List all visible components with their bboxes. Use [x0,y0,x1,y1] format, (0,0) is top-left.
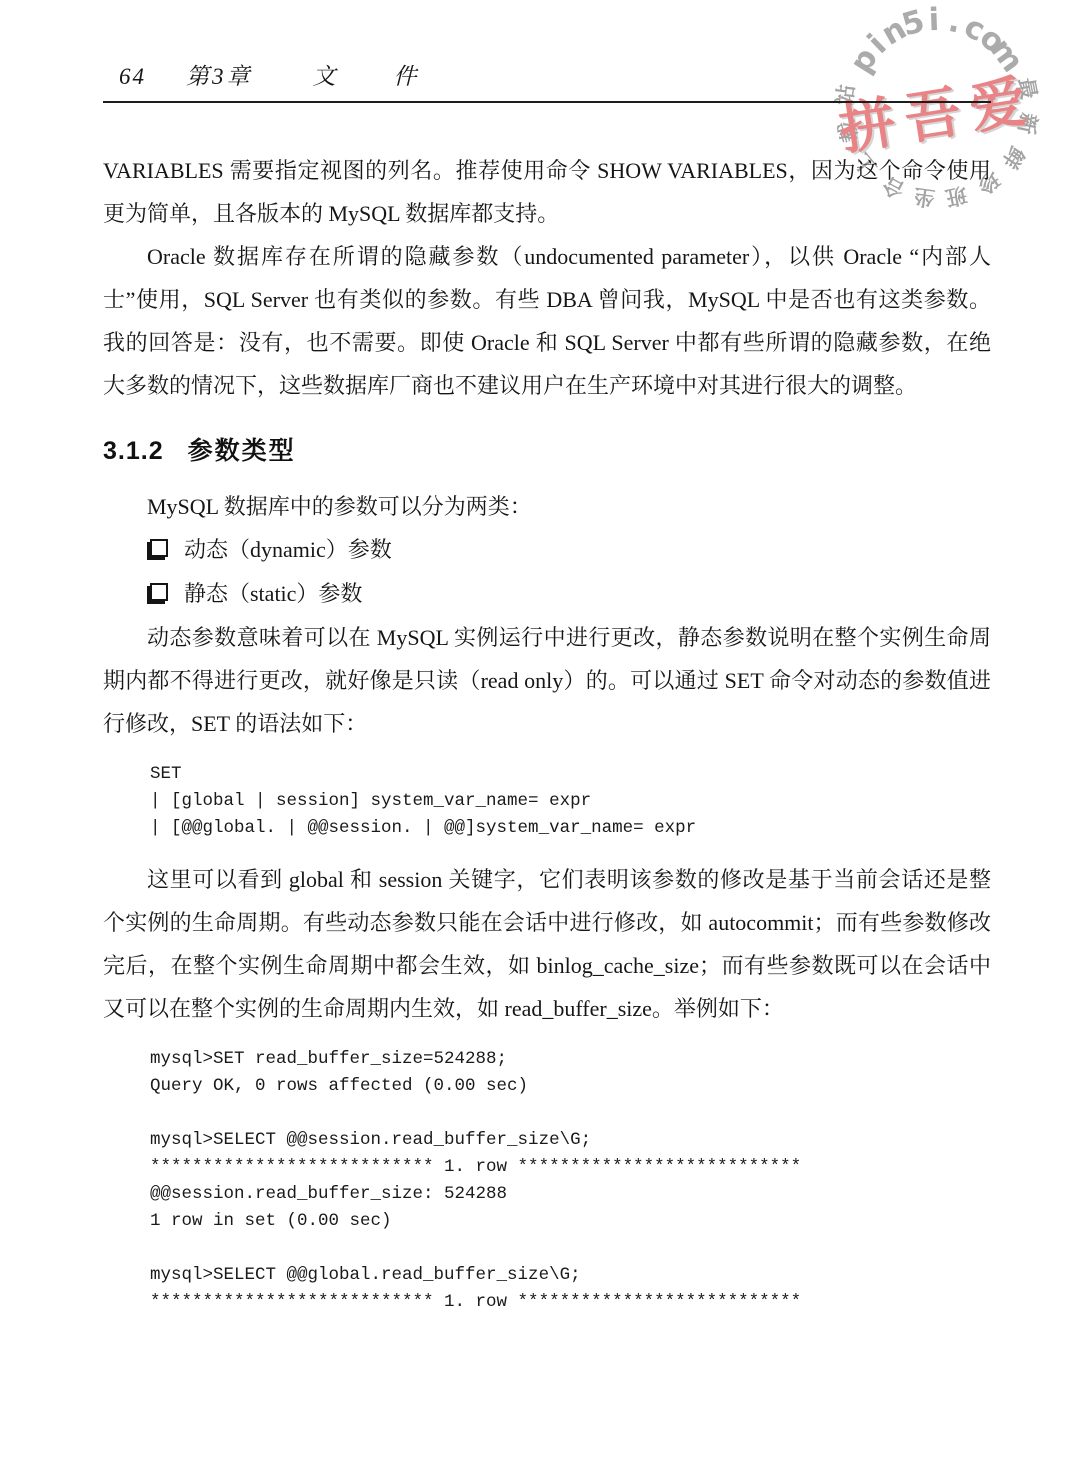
watermark-glyph: 鲜 [996,141,1033,175]
paragraph-global-session: 这里可以看到 global 和 session 关键字，它们表明该参数的修改是基… [103,858,991,1030]
paragraph-oracle-hidden-params: Oracle 数据库存在所谓的隐藏参数（undocumented paramet… [103,235,991,407]
code-set-syntax: SET | [global | session] system_var_name… [103,761,991,842]
page-number: 64 [119,64,146,90]
list-item-static: 静态（static）参数 [103,572,991,616]
chapter-label: 第3章 [186,58,253,91]
paragraph-dynamic-static: 动态参数意味着可以在 MySQL 实例运行中进行更改，静态参数说明在整个实例生命… [103,616,991,745]
page-content: 64 第3章 文 件 VARIABLES 需要指定视图的列名。推荐使用命令 SH… [103,58,991,1332]
parameter-type-list: 动态（dynamic）参数 静态（static）参数 [103,528,991,616]
square-bullet-icon [150,539,168,557]
list-item-dynamic: 动态（dynamic）参数 [103,528,991,572]
section-number: 3.1.2 [103,437,164,466]
paragraph-variables: VARIABLES 需要指定视图的列名。推荐使用命令 SHOW VARIABLE… [103,149,991,235]
running-head: 64 第3章 文 件 [103,58,991,103]
code-mysql-example: mysql>SET read_buffer_size=524288; Query… [103,1046,991,1316]
list-item-label: 静态（static）参数 [184,581,362,606]
chapter-title: 文 件 [313,58,421,91]
square-bullet-icon [150,583,168,601]
paragraph-two-types: MySQL 数据库中的参数可以分为两类： [103,485,991,528]
section-title: 参数类型 [188,431,296,467]
list-item-label: 动态（dynamic）参数 [184,537,392,562]
section-heading: 3.1.2 参数类型 [103,431,991,467]
body-text: VARIABLES 需要指定视图的列名。推荐使用命令 SHOW VARIABLE… [103,149,991,1316]
book-page: pin5i.com 站载上合坐班珍鲜新最 拼吾爱 64 第3章 文 件 VARI… [0,0,1080,1478]
